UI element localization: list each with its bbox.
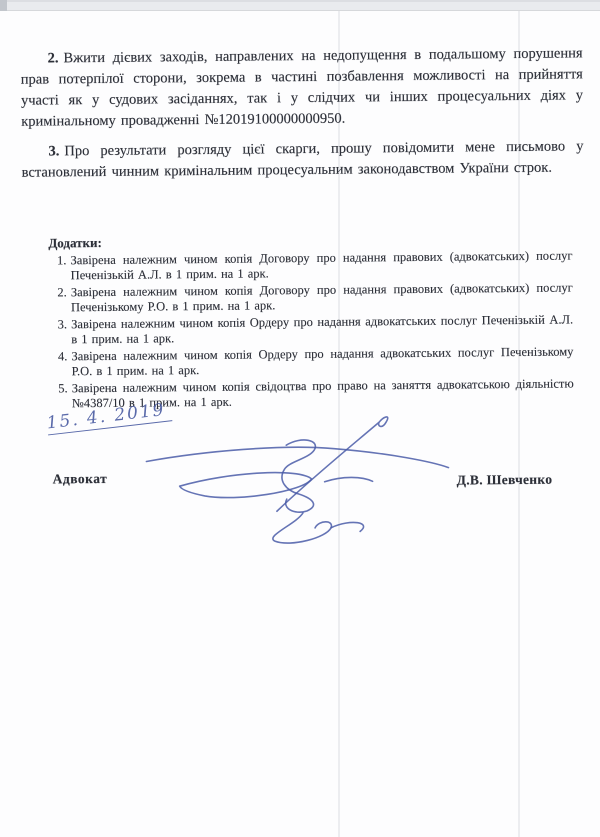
attachments-list: Завірена належним чином копія Договору п… [48,248,573,411]
signoff-name: Д.В. Шевченко [457,472,553,489]
document-page: 2.Вжити дієвих заходів, направлених на н… [0,0,600,837]
paragraph-2-text: Вжити дієвих заходів, направлених на нед… [21,45,583,129]
document-content: 2.Вжити дієвих заходів, направлених на н… [0,0,600,837]
attachments-section: Додатки: Завірена належним чином копія Д… [48,230,574,413]
scan-corner-shadow [0,0,7,11]
signature-scribble [134,406,465,549]
paragraph-3: 3.Про результати розгляду цієї скарги, п… [21,136,583,183]
body-text: 2.Вжити дієвих заходів, направлених на н… [20,43,583,192]
signoff-role: Адвокат [53,471,108,488]
paragraph-3-text: Про результати розгляду цієї скарги, про… [22,138,584,180]
scan-top-strip [0,0,600,11]
paragraph-3-number: 3. [48,143,59,159]
attachment-item: Завірена належним чином копія Договору п… [71,280,573,315]
attachment-item: Завірена належним чином копія Договору п… [70,248,572,283]
paragraph-2: 2.Вжити дієвих заходів, направлених на н… [20,43,583,132]
attachment-item: Завірена належним чином копія Ордеру про… [71,344,573,379]
attachment-item: Завірена належним чином копія Ордеру про… [71,312,573,347]
paragraph-2-number: 2. [47,50,58,66]
